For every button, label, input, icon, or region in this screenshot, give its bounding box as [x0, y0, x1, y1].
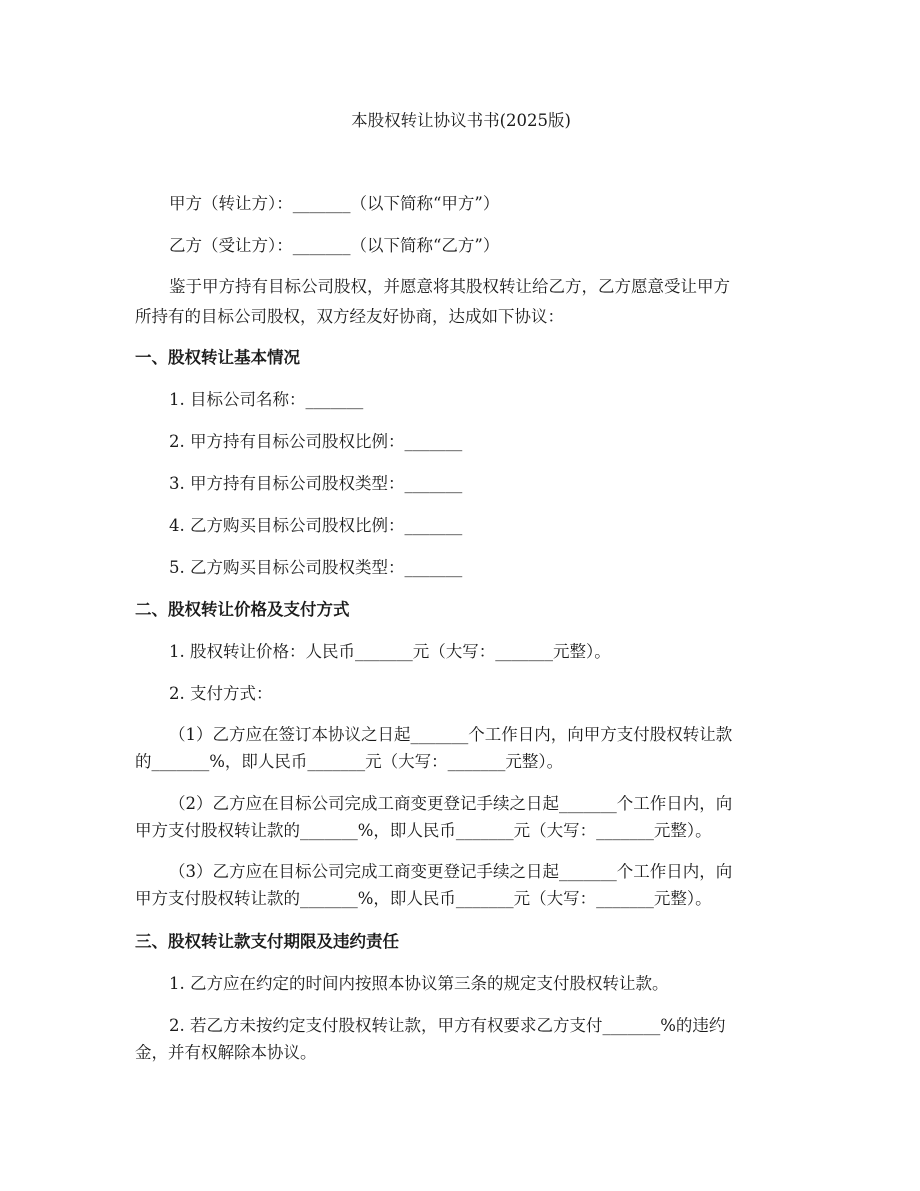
- section-2-sub-1-line-1: （1）乙方应在签订本协议之日起_______个工作日内，向甲方支付股权转让款: [169, 721, 732, 745]
- section-1-heading: 一、股权转让基本情况: [135, 344, 300, 368]
- section-3-item-1: 1. 乙方应在约定的时间内按照本协议第三条的规定支付股权转让款。: [169, 970, 669, 994]
- section-3-item-2-line-1: 2. 若乙方未按约定支付股权转让款，甲方有权要求乙方支付_______%的违约: [169, 1012, 725, 1036]
- section-2-item-2: 2. 支付方式：: [169, 680, 273, 704]
- party-a-line: 甲方（转让方）：_______（以下简称“甲方”）: [169, 190, 499, 214]
- section-2-item-1: 1. 股权转让价格：人民币_______元（大写：_______元整）。: [169, 638, 611, 662]
- preamble-line-1: 鉴于甲方持有目标公司股权，并愿意将其股权转让给乙方，乙方愿意受让甲方: [169, 273, 730, 297]
- preamble-line-2: 所持有的目标公司股权，双方经友好协商，达成如下协议：: [135, 303, 564, 327]
- section-2-sub-1-line-2: 的_______%，即人民币_______元（大写：_______元整）。: [135, 748, 563, 772]
- section-2-sub-3-line-2: 甲方支付股权转让款的_______%，即人民币_______元（大写：_____…: [135, 885, 712, 909]
- section-1-item-2: 2. 甲方持有目标公司股权比例：_______: [169, 428, 462, 452]
- section-3-item-2-line-2: 金，并有权解除本协议。: [135, 1039, 317, 1063]
- party-b-line: 乙方（受让方）：_______（以下简称“乙方”）: [169, 232, 499, 256]
- section-2-sub-3-line-1: （3）乙方应在目标公司完成工商变更登记手续之日起_______个工作日内，向: [169, 858, 732, 882]
- section-2-heading: 二、股权转让价格及支付方式: [135, 596, 350, 620]
- section-1-item-4: 4. 乙方购买目标公司股权比例：_______: [169, 512, 462, 536]
- section-1-item-3: 3. 甲方持有目标公司股权类型：_______: [169, 470, 462, 494]
- section-1-item-1: 1. 目标公司名称：_______: [169, 386, 363, 410]
- section-2-sub-2-line-2: 甲方支付股权转让款的_______%，即人民币_______元（大写：_____…: [135, 817, 712, 841]
- section-3-heading: 三、股权转让款支付期限及违约责任: [135, 928, 399, 952]
- section-1-item-5: 5. 乙方购买目标公司股权类型：_______: [169, 554, 462, 578]
- document-title: 本股权转让协议书书(2025版): [135, 107, 787, 131]
- section-2-sub-2-line-1: （2）乙方应在目标公司完成工商变更登记手续之日起_______个工作日内，向: [169, 790, 732, 814]
